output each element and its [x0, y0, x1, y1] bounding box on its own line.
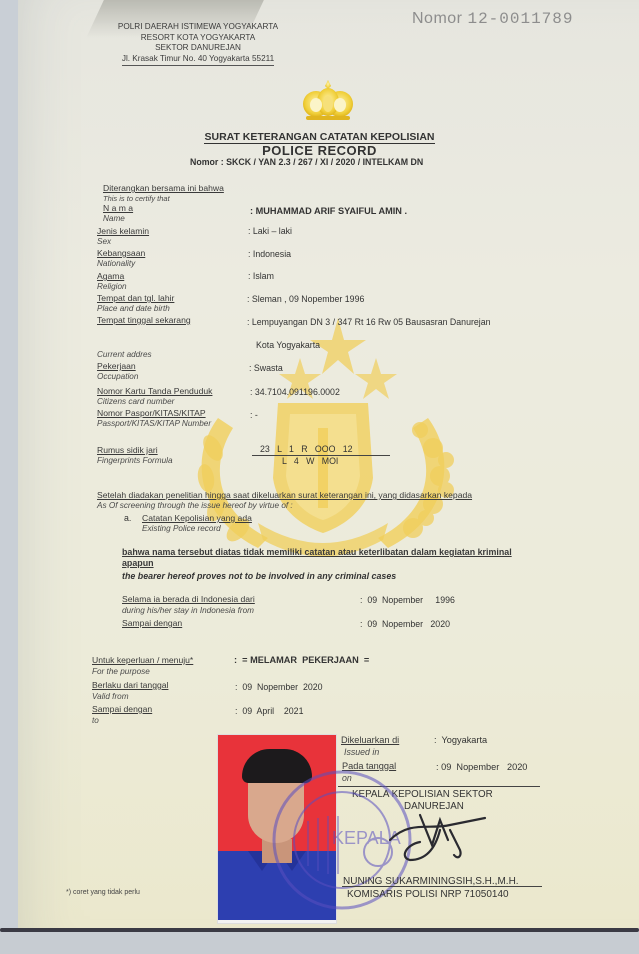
stay-from-label: Selama ia berada di Indonesia dari — [122, 594, 255, 604]
intro-label-en: This is to certify that — [103, 194, 170, 203]
document-number: Nomor : SKCK / YAN 2.3 / 267 / XI / 2020… — [190, 157, 423, 167]
field-address-value-line2: Kota Yogyakarta — [256, 340, 320, 350]
stay-from-value: : 09 Nopember 1996 — [360, 595, 455, 605]
field-nationality-label: Kebangsaan — [97, 248, 145, 258]
issued-in-label: Dikeluarkan di — [341, 735, 399, 745]
letterhead-address: Jl. Krasak Timur No. 40 Yogyakarta 55211 — [122, 54, 274, 67]
fingerprint-formula-bottom: L 4 W MOI — [282, 456, 338, 466]
letterhead-line3: SEKTOR DANUREJAN — [108, 43, 288, 54]
official-signature — [380, 800, 490, 870]
serial-number: Nomor 12-0011789 — [412, 10, 573, 28]
official-rank: KOMISARIS POLISI NRP 71050140 — [347, 889, 509, 900]
valid-from-label: Berlaku dari tanggal — [92, 680, 168, 690]
purpose-label: Untuk keperluan / menuju* — [92, 655, 193, 665]
field-birth-label-en: Place and date birth — [97, 304, 170, 313]
fingerprint-label: Rumus sidik jari — [97, 445, 158, 455]
screening-item-marker: a. — [124, 513, 131, 523]
field-occupation-label: Pekerjaan — [97, 361, 136, 371]
field-address-label: Tempat tinggal sekarang — [97, 315, 191, 325]
stay-to-label: Sampai dengan — [122, 618, 182, 628]
screening-text: Setelah diadakan penelitian hingga saat … — [97, 490, 472, 500]
screening-item-en: Existing Police record — [142, 524, 221, 533]
purpose-value: : = MELAMAR PEKERJAAN = — [234, 655, 369, 665]
field-address-label-en: Current addres — [97, 350, 152, 359]
valid-from-value: : 09 Nopember 2020 — [235, 682, 323, 692]
document-subtitle: POLICE RECORD — [0, 143, 639, 158]
field-nationality-label-en: Nationality — [97, 259, 135, 268]
stay-from-label-en: during his/her stay in Indonesia from — [122, 606, 254, 615]
letterhead-line1: POLRI DAERAH ISTIMEWA YOGYAKARTA — [108, 22, 288, 33]
valid-to-label-en: to — [92, 716, 99, 725]
field-occupation-value: : Swasta — [249, 363, 283, 373]
issued-in-value: : Yogyakarta — [434, 735, 487, 745]
table-surface — [0, 928, 639, 954]
field-name-value: : MUHAMMAD ARIF SYAIFUL AMIN . — [250, 206, 407, 216]
police-crest-icon — [300, 78, 356, 122]
screening-item: Catatan Kepolisian yang ada — [142, 513, 252, 523]
field-address-value: : Lempuyangan DN 3 / 347 Rt 16 Rw 05 Bau… — [247, 317, 491, 327]
clearance-statement: bahwa nama tersebut diatas tidak memilik… — [122, 547, 512, 557]
letterhead: POLRI DAERAH ISTIMEWA YOGYAKARTA RESORT … — [108, 22, 288, 66]
field-religion-value: : Islam — [248, 271, 274, 281]
field-sex-value: : Laki – laki — [248, 226, 292, 236]
intro-label: Diterangkan bersama ini bahwa — [103, 183, 224, 193]
field-nationality-value: : Indonesia — [248, 249, 291, 259]
letterhead-line2: RESORT KOTA YOGYAKARTA — [108, 33, 288, 44]
issued-date-value: : 09 Nopember 2020 — [436, 762, 527, 772]
clearance-statement-en: the bearer hereof proves not to be invol… — [122, 571, 396, 581]
valid-from-label-en: Valid from — [92, 692, 129, 701]
fingerprint-formula-top: 23 L 1 R OOO 12 — [260, 444, 353, 454]
field-id-card-label-en: Citizens card number — [97, 397, 174, 406]
field-sex-label: Jenis kelamin — [97, 226, 149, 236]
field-birth-value: : Sleman , 09 Nopember 1996 — [247, 294, 364, 304]
field-passport-value: : - — [250, 410, 258, 420]
valid-to-value: : 09 April 2021 — [235, 706, 303, 716]
field-name-label-en: Name — [103, 214, 125, 223]
valid-to-label: Sampai dengan — [92, 704, 152, 714]
field-id-card-value: : 34.7104.091196.0002 — [250, 387, 340, 397]
signature-divider-bottom — [342, 886, 542, 887]
purpose-label-en: For the purpose — [92, 667, 150, 676]
field-id-card-label: Nomor Kartu Tanda Penduduk — [97, 386, 212, 396]
field-occupation-label-en: Occupation — [97, 372, 138, 381]
field-name-label: N a m a — [103, 203, 133, 213]
screening-text-en: As Of screening through the issue hereof… — [97, 501, 293, 510]
field-religion-label: Agama — [97, 271, 124, 281]
stay-to-value: : 09 Nopember 2020 — [360, 619, 450, 629]
field-religion-label-en: Religion — [97, 282, 127, 291]
document-title: SURAT KETERANGAN CATATAN KEPOLISIAN — [0, 131, 639, 143]
issued-in-label-en: Issued in — [344, 747, 379, 757]
footnote: *) coret yang tidak perlu — [66, 889, 140, 896]
clearance-statement-line2: apapun — [122, 558, 154, 568]
serial-value: 12-0011789 — [467, 10, 573, 28]
fingerprint-label-en: Fingerprints Formula — [97, 456, 173, 465]
field-birth-label: Tempat dan tgl. lahir — [97, 293, 174, 303]
field-passport-label-en: Passport/KITAS/KITAP Number — [97, 419, 211, 428]
field-sex-label-en: Sex — [97, 237, 111, 246]
field-passport-label: Nomor Paspor/KITAS/KITAP — [97, 408, 206, 418]
serial-label: Nomor — [412, 10, 463, 27]
